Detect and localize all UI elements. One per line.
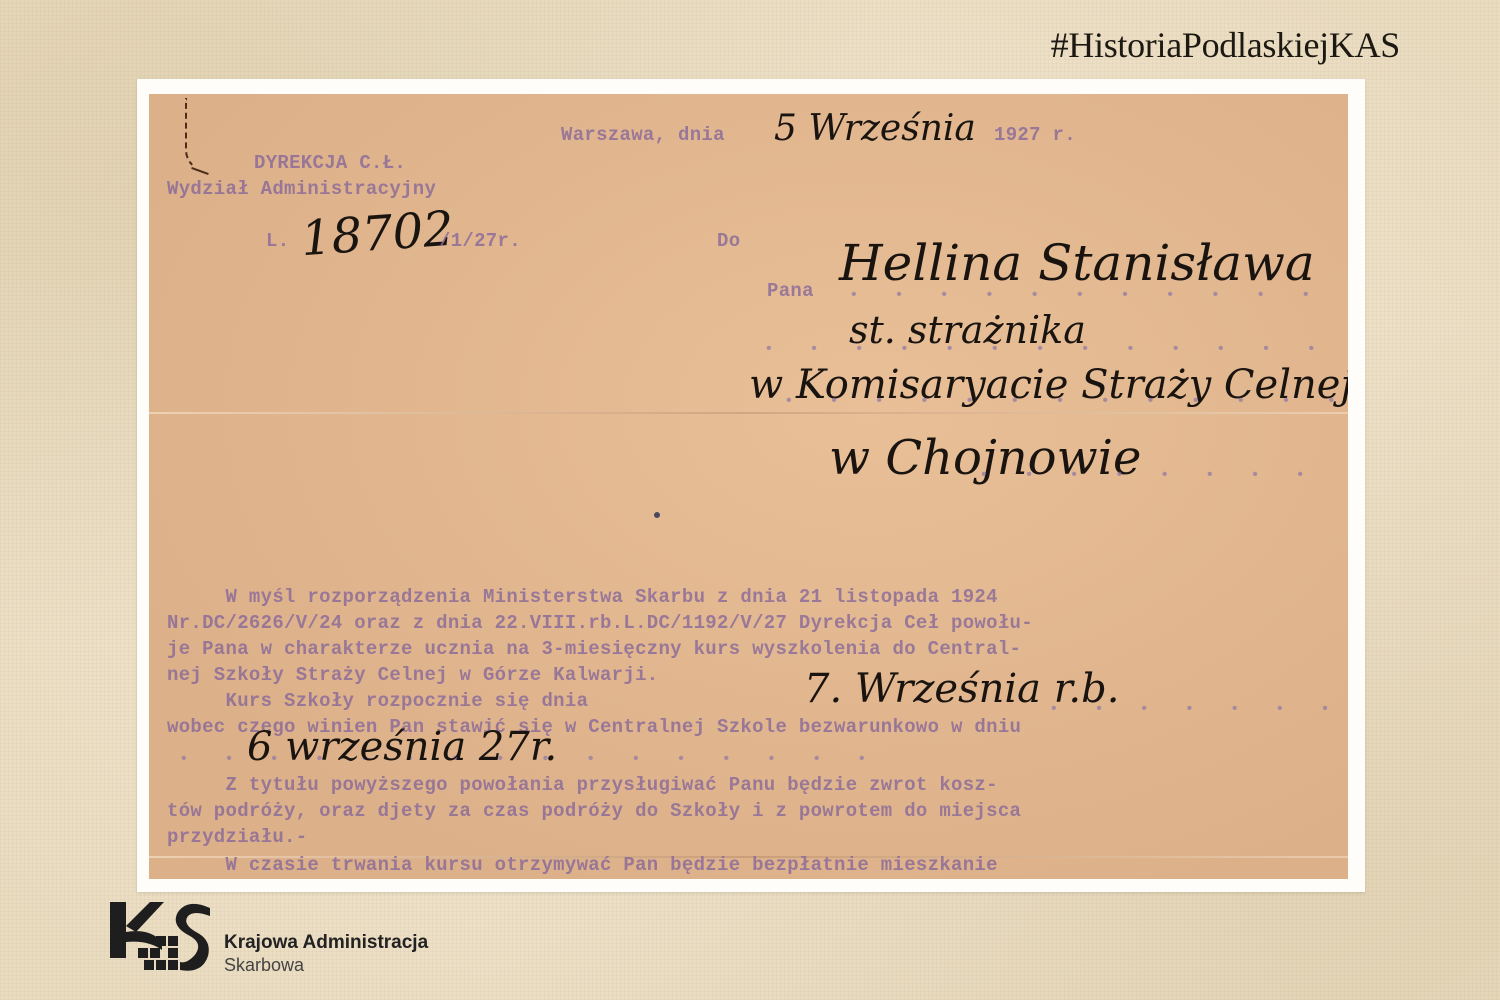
- body-line-8: Z tytułu powyższego powołania przysługiw…: [167, 774, 998, 796]
- kas-logo: Krajowa Administracja Skarbowa: [110, 902, 428, 978]
- dotted-line: • • • • • • • •: [979, 466, 1318, 484]
- ref-suffix: /1/27r.: [439, 230, 521, 252]
- to-label: Do: [717, 230, 740, 252]
- pen-mark: [185, 98, 217, 172]
- pan-label: Pana: [767, 280, 814, 302]
- date-place: Warszawa, dnia: [561, 124, 725, 146]
- letterhead-line1: DYREKCJA C.Ł.: [254, 152, 406, 174]
- body-line-3: je Pana w charakterze ucznia na 3-miesię…: [167, 638, 1021, 660]
- body-line-11: W czasie trwania kursu otrzymywać Pan bę…: [167, 854, 998, 876]
- logo-line-1: Krajowa Administracja: [224, 932, 428, 954]
- ink-spot: [654, 512, 660, 518]
- body-line-5: Kurs Szkoły rozpocznie się dnia: [167, 690, 588, 712]
- hashtag-title: #HistoriaPodlaskiejKAS: [1051, 24, 1400, 66]
- body-line-10: przydziału.-: [167, 826, 307, 848]
- logo-text: Krajowa Administracja Skarbowa: [224, 932, 428, 978]
- dotted-line: • • • • • • • • • •: [1049, 700, 1348, 718]
- ref-prefix: L.: [266, 230, 289, 252]
- letterhead-line2: Wydział Administracyjny: [167, 178, 436, 200]
- recipient-name: Hellina Stanisława: [839, 234, 1315, 292]
- dotted-line: • • • • • • • • • • • • • • • • • • • • …: [764, 340, 1348, 358]
- date-year: 1927 r.: [994, 124, 1076, 146]
- date-handwritten: 5 Września: [774, 108, 976, 149]
- body-line-1: W myśl rozporządzenia Ministerstwa Skarb…: [167, 586, 998, 608]
- report-date-handwritten: 6 września 27r.: [247, 724, 557, 770]
- dotted-line: • • • • • • • • • • • • • • • • • • • • …: [784, 392, 1348, 410]
- body-line-2: Nr.DC/2626/V/24 oraz z dnia 22.VIII.rb.L…: [167, 612, 1033, 634]
- document-photo-frame: DYREKCJA C.Ł. Wydział Administracyjny L.…: [137, 79, 1365, 892]
- body-line-9: tów podróży, oraz djety za czas podróży …: [167, 800, 1021, 822]
- fold-line: [149, 412, 1348, 414]
- body-line-4: nej Szkoły Straży Celnej w Górze Kalwarj…: [167, 664, 658, 686]
- kas-logo-icon: [110, 902, 210, 978]
- archival-document: DYREKCJA C.Ł. Wydział Administracyjny L.…: [149, 94, 1348, 879]
- logo-line-2: Skarbowa: [224, 954, 428, 976]
- ref-number-handwritten: 18702: [299, 201, 455, 268]
